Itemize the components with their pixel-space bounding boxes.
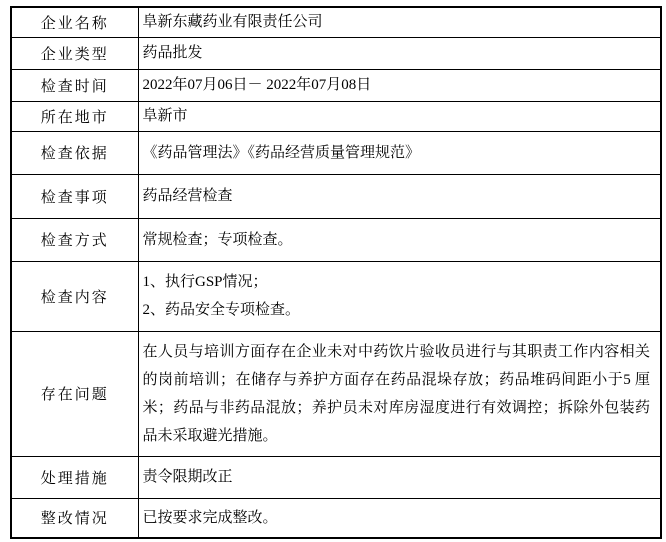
- inspection-basis-value: 《药品管理法》《药品经营质量管理规范》: [138, 131, 661, 174]
- company-type-label: 企业类型: [11, 37, 138, 69]
- inspection-content-line-2: 2、药品安全专项检查。: [143, 296, 651, 324]
- handling-measures-label: 处理措施: [11, 456, 138, 498]
- table-row-company-name: 企业名称 阜新东藏药业有限责任公司: [11, 7, 661, 37]
- inspection-record-page: 企业名称 阜新东藏药业有限责任公司 企业类型 药品批发 检查时间 2022年07…: [0, 0, 666, 542]
- handling-measures-value: 责令限期改正: [138, 456, 661, 498]
- table-row-inspection-time: 检查时间 2022年07月06日－ 2022年07月08日: [11, 69, 661, 101]
- table-row-inspection-basis: 检查依据 《药品管理法》《药品经营质量管理规范》: [11, 131, 661, 174]
- inspection-content-label: 检查内容: [11, 261, 138, 331]
- rectification-status-label: 整改情况: [11, 498, 138, 538]
- inspection-content-value: 1、执行GSP情况； 2、药品安全专项检查。: [138, 261, 661, 331]
- city-value: 阜新市: [138, 101, 661, 131]
- inspection-item-label: 检查事项: [11, 174, 138, 218]
- company-name-label: 企业名称: [11, 7, 138, 37]
- table-row-problems-found: 存在问题 在人员与培训方面存在企业未对中药饮片验收员进行与其职责工作内容相关的岗…: [11, 331, 661, 456]
- inspection-method-value: 常规检查；专项检查。: [138, 218, 661, 261]
- inspection-item-value: 药品经营检查: [138, 174, 661, 218]
- inspection-record-table: 企业名称 阜新东藏药业有限责任公司 企业类型 药品批发 检查时间 2022年07…: [10, 6, 662, 539]
- company-type-value: 药品批发: [138, 37, 661, 69]
- inspection-content-line-1: 1、执行GSP情况；: [143, 268, 651, 296]
- rectification-status-value: 已按要求完成整改。: [138, 498, 661, 538]
- problems-found-label: 存在问题: [11, 331, 138, 456]
- table-row-inspection-content: 检查内容 1、执行GSP情况； 2、药品安全专项检查。: [11, 261, 661, 331]
- problems-found-value: 在人员与培训方面存在企业未对中药饮片验收员进行与其职责工作内容相关的岗前培训；在…: [138, 331, 661, 456]
- inspection-time-label: 检查时间: [11, 69, 138, 101]
- table-row-handling-measures: 处理措施 责令限期改正: [11, 456, 661, 498]
- table-row-city: 所在地市 阜新市: [11, 101, 661, 131]
- inspection-time-value: 2022年07月06日－ 2022年07月08日: [138, 69, 661, 101]
- table-row-inspection-item: 检查事项 药品经营检查: [11, 174, 661, 218]
- table-row-rectification-status: 整改情况 已按要求完成整改。: [11, 498, 661, 538]
- city-label: 所在地市: [11, 101, 138, 131]
- table-row-inspection-method: 检查方式 常规检查；专项检查。: [11, 218, 661, 261]
- inspection-basis-label: 检查依据: [11, 131, 138, 174]
- inspection-method-label: 检查方式: [11, 218, 138, 261]
- table-row-company-type: 企业类型 药品批发: [11, 37, 661, 69]
- company-name-value: 阜新东藏药业有限责任公司: [138, 7, 661, 37]
